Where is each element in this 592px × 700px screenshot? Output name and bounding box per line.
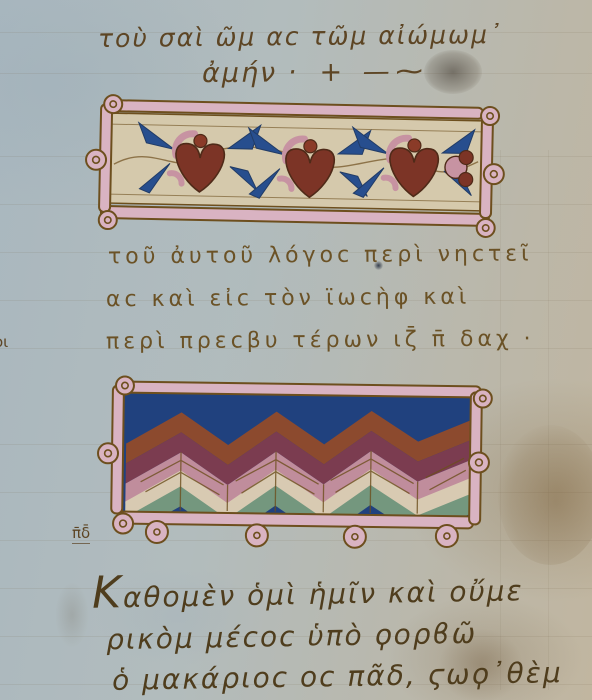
- margin-note-left: οι: [0, 333, 8, 351]
- title-line-2: αϲ καὶ εἰϲ τὸν ϊωϲὴφ καὶ: [106, 285, 470, 313]
- ruling-line-vertical: [548, 150, 549, 690]
- title-line-3: περὶ πρεϲβυ τέρων ιζ̄ π̄ δαχ ·: [106, 327, 535, 355]
- body-text-line-2: ρικὸμ μέϲοϲ ὑπὸ ϙορϐῶ: [106, 617, 478, 656]
- cross-flourish-icon: + —⁓: [319, 56, 429, 88]
- headpiece-flower-band: [82, 88, 516, 242]
- parchment-stain: [55, 582, 89, 648]
- parchment-stain: [498, 425, 592, 565]
- title-line-1: τοῦ ἀυτοῦ λόγοϲ περὶ νηϲτεῖ: [108, 242, 533, 270]
- amen-word: ἀμήν ·: [202, 57, 299, 89]
- headpiece-zigzag-band: [96, 366, 508, 552]
- manuscript-page: τοὺ σαὶ ῶμ αϲ τῶμ αἰώμωμ᾿ ἀμήν · + —⁓: [0, 0, 592, 700]
- body-text-line-3: ὁ μακάριοϲ οϲ πᾶδ, ϛωϙ᾿θὲμ: [112, 656, 563, 697]
- body-text-line-1: Καθομὲν ὁμὶ ἡμῖν καὶ οὔμε: [92, 572, 524, 615]
- margin-note-pd: π̄δ̄: [72, 524, 90, 544]
- text-line-doxology: τοὺ σαὶ ῶμ αϲ τῶμ αἰώμωμ᾿: [98, 20, 504, 53]
- text-line-amen: ἀμήν · + —⁓: [202, 56, 429, 89]
